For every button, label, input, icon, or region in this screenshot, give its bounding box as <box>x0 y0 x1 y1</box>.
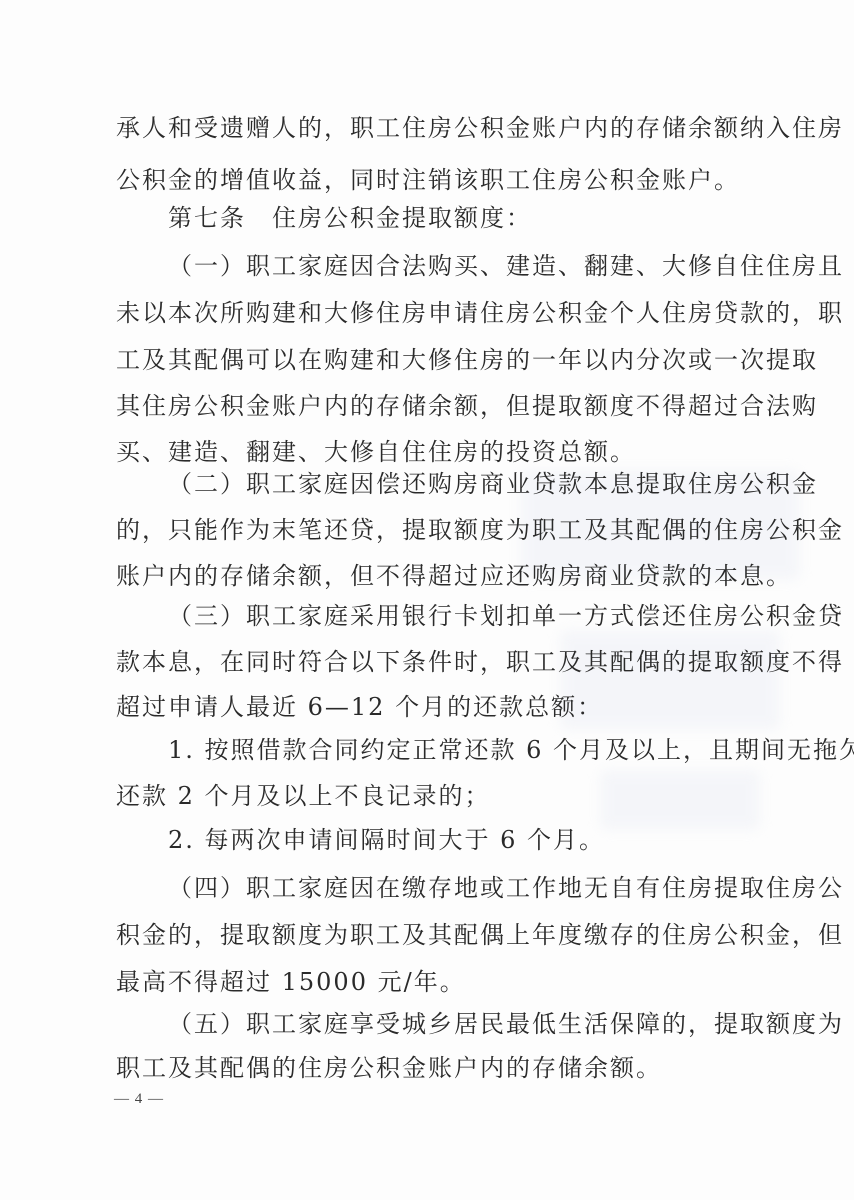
text-line-continuation: 承人和受遗赠人的，职工住房公积金账户内的存储余额纳入住房 <box>116 113 756 143</box>
text-line-continuation: 公积金的增值收益，同时注销该职工住房公积金账户。 <box>116 165 756 195</box>
article-heading: 第七条 住房公积金提取额度： <box>168 203 808 233</box>
condition-2-line: 2. 每两次申请间隔时间大于 6 个月。 <box>168 825 808 855</box>
condition-1-line: 还款 2 个月及以上不良记录的； <box>116 781 756 811</box>
clause-4-first-line: （四）职工家庭因在缴存地或工作地无自有住房提取住房公 <box>168 873 808 903</box>
clause-1-line: 未以本次所购建和大修住房申请住房公积金个人住房贷款的，职 <box>116 298 756 328</box>
clause-2-line: 的，只能作为末笔还贷，提取额度为职工及其配偶的住房公积金 <box>116 515 756 545</box>
page-number: — 4 — <box>114 1090 164 1108</box>
clause-4-line: 最高不得超过 15000 元/年。 <box>116 967 756 997</box>
clause-5-first-line: （五）职工家庭享受城乡居民最低生活保障的，提取额度为 <box>168 1009 808 1039</box>
clause-3-first-line: （三）职工家庭采用银行卡划扣单一方式偿还住房公积金贷 <box>168 601 808 631</box>
clause-4-line: 积金的，提取额度为职工及其配偶上年度缴存的住房公积金，但 <box>116 920 756 950</box>
clause-1-first-line: （一）职工家庭因合法购买、建造、翻建、大修自住住房且 <box>168 251 808 281</box>
clause-1-line: 工及其配偶可以在购建和大修住房的一年以内分次或一次提取 <box>116 345 756 375</box>
clause-2-line: 账户内的存储余额，但不得超过应还购房商业贷款的本息。 <box>116 561 756 591</box>
clause-5-line: 职工及其配偶的住房公积金账户内的存储余额。 <box>116 1053 756 1083</box>
clause-2-first-line: （二）职工家庭因偿还购房商业贷款本息提取住房公积金 <box>168 469 808 499</box>
condition-1-first-line: 1. 按照借款合同约定正常还款 6 个月及以上，且期间无拖欠 <box>168 735 808 765</box>
clause-3-line: 款本息，在同时符合以下条件时，职工及其配偶的提取额度不得 <box>116 647 756 677</box>
clause-1-line: 买、建造、翻建、大修自住住房的投资总额。 <box>116 437 756 467</box>
document-page: 承人和受遗赠人的，职工住房公积金账户内的存储余额纳入住房 公积金的增值收益，同时… <box>0 0 854 1200</box>
clause-3-line: 超过申请人最近 6—12 个月的还款总额： <box>116 692 756 722</box>
clause-1-line: 其住房公积金账户内的存储余额，但提取额度不得超过合法购 <box>116 391 756 421</box>
